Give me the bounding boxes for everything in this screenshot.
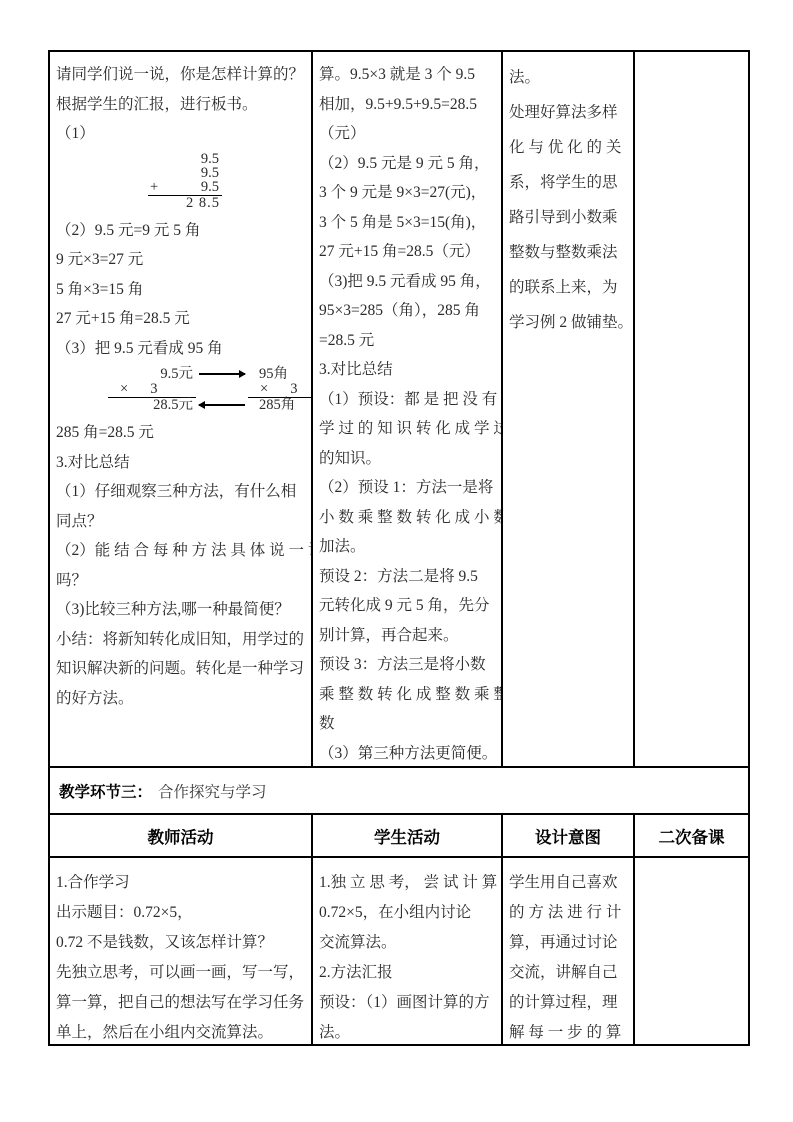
cell-second-prep-top [635,52,750,768]
diagram-jiao-bottom: 285角 [248,398,313,412]
multiply-sign: × [260,382,268,396]
design-intent-text: 学生用自己喜欢的 方 法 进 行 计算，再通过讨论交流，讲解自己的计算过程，理解… [509,868,631,1046]
addition-addend-3: 9.5 [201,180,219,194]
arrow-right-icon [196,367,248,381]
multiplier: 3 [290,382,297,396]
teacher-activity-text: 1.合作学习出示题目：0.72×5，0.72 不是钱数，又该怎样计算？先独立思考… [56,868,309,1046]
vertical-addition-example: 9.5 9.5 + 9.5 2 8.5 [148,152,222,210]
cell-second-prep-bottom [635,858,750,1046]
multiply-sign: × [120,382,128,396]
teacher-activity-text-before: 请同学们说一说，你是怎样计算的？根据学生的汇报，进行板书。（1） [56,60,309,149]
arrow-left-icon [196,398,248,412]
diagram-multiply-left: × 3 [108,381,196,398]
cell-teacher-activity-top: 请同学们说一说，你是怎样计算的？根据学生的汇报，进行板书。（1） 9.5 9.5… [50,52,313,768]
plus-sign: + [150,180,158,194]
student-activity-text: 算。9.5×3 就是 3 个 9.5相加，9.5+9.5+9.5=28.5（元）… [319,60,499,768]
lesson-plan-page: 请同学们说一说，你是怎样计算的？根据学生的汇报，进行板书。（1） 9.5 9.5… [48,50,750,1046]
header-teacher-activity: 教师活动 [50,815,313,858]
student-activity-text: 1.独 立 思 考， 尝 试 计 算0.72×5，在小组内讨论交流算法。2.方法… [319,868,499,1046]
section-banner: 教学环节三： 合作探究与学习 [50,768,750,815]
diagram-yuan-top: 9.5元 [108,367,196,381]
header-student-activity: 学生活动 [313,815,503,858]
section-banner-row: 教学环节三： 合作探究与学习 [48,768,750,815]
teacher-activity-text-mid: （2）9.5 元=9 元 5 角9 元×3=27 元5 角×3=15 角27 元… [56,216,309,364]
addition-addend-2: 9.5 [148,166,222,180]
design-intent-text: 法。处理好算法多样化 与 优 化 的 关系，将学生的思路引导到小数乘整数与整数乘… [509,60,631,340]
cell-student-activity-bottom: 1.独 立 思 考， 尝 试 计 算0.72×5，在小组内讨论交流算法。2.方法… [313,858,503,1046]
addition-plus-row: + 9.5 [148,180,222,196]
cell-student-activity-top: 算。9.5×3 就是 3 个 9.5相加，9.5+9.5+9.5=28.5（元）… [313,52,503,768]
header-second-prep: 二次备课 [635,815,750,858]
lesson-table-bottom-row: 1.合作学习出示题目：0.72×5，0.72 不是钱数，又该怎样计算？先独立思考… [48,858,750,1046]
header-design-intent: 设计意图 [503,815,635,858]
diagram-multiply-right: × 3 [248,381,313,398]
cell-design-intent-bottom: 学生用自己喜欢的 方 法 进 行 计算，再通过讨论交流，讲解自己的计算过程，理解… [503,858,635,1046]
addition-sum: 2 8.5 [148,196,222,210]
diagram-spacer [196,381,248,398]
multiplier: 3 [150,382,157,396]
diagram-jiao-top: 95角 [248,367,313,381]
cell-teacher-activity-bottom: 1.合作学习出示题目：0.72×5，0.72 不是钱数，又该怎样计算？先独立思考… [50,858,313,1046]
lesson-table-top-row: 请同学们说一说，你是怎样计算的？根据学生的汇报，进行板书。（1） 9.5 9.5… [48,50,750,768]
section-label: 教学环节三： [59,780,152,802]
unit-conversion-diagram: 9.5元 95角 × 3 × 3 28.5元 285角 [108,367,309,412]
addition-addend-1: 9.5 [148,152,222,166]
diagram-yuan-bottom: 28.5元 [108,398,196,412]
cell-design-intent-top: 法。处理好算法多样化 与 优 化 的 关系，将学生的思路引导到小数乘整数与整数乘… [503,52,635,768]
teacher-activity-text-after: 285 角=28.5 元3.对比总结（1）仔细观察三种方法，有什么相同点？（2）… [56,418,309,713]
section-title: 合作探究与学习 [158,780,267,802]
column-header-row: 教师活动 学生活动 设计意图 二次备课 [48,815,750,858]
